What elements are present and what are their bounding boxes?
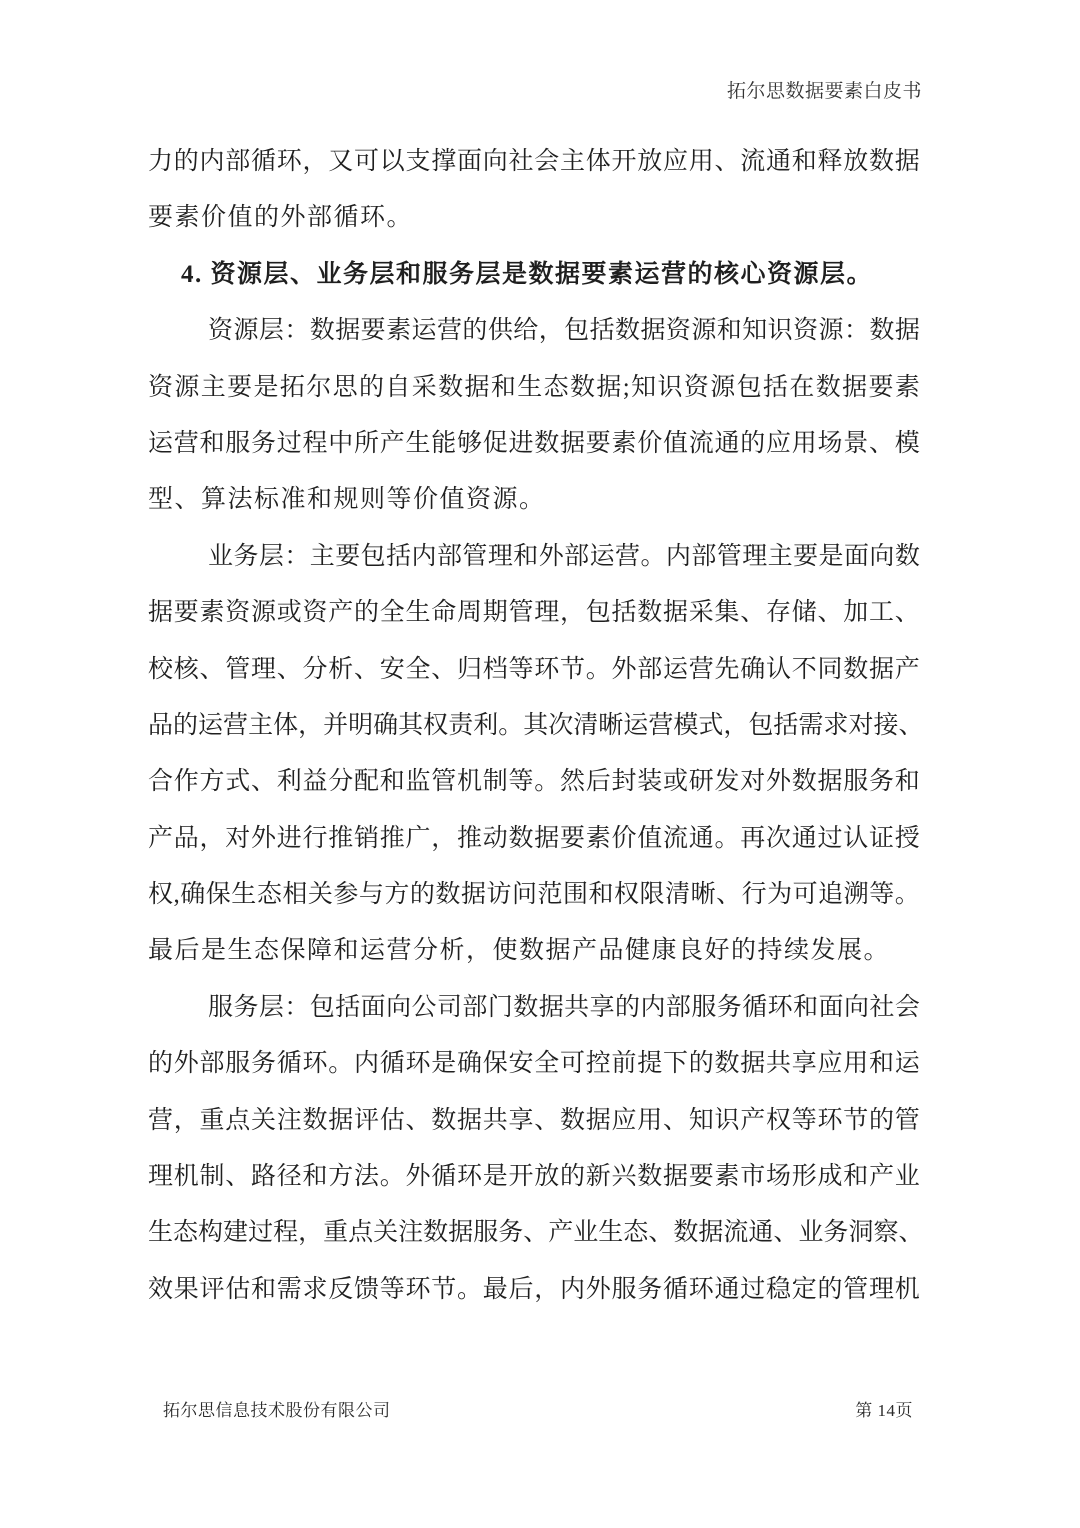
text-line: 品的运营主体，并明确其权责利。其次清晰运营模式，包括需求对接、 xyxy=(148,698,920,754)
text-line: 资源主要是拓尔思的自采数据和生态数据;知识资源包括在数据要素 xyxy=(148,360,920,416)
footer-company-name: 拓尔思信息技术股份有限公司 xyxy=(163,1396,391,1421)
text-line: 要素价值的外部循环。 xyxy=(148,190,920,246)
text-line: 据要素资源或资产的全生命周期管理，包括数据采集、存储、加工、 xyxy=(148,585,920,641)
footer-page-number: 第 14页 xyxy=(855,1396,913,1421)
text-line: 理机制、路径和方法。外循环是开放的新兴数据要素市场形成和产业 xyxy=(148,1149,920,1205)
text-line: 的外部服务循环。内循环是确保安全可控前提下的数据共享应用和运 xyxy=(148,1036,920,1092)
header-title: 拓尔思数据要素白皮书 xyxy=(727,81,922,102)
text-line: 力的内部循环，又可以支撑面向社会主体开放应用、流通和释放数据 xyxy=(148,134,920,190)
text-line: 型、算法标准和规则等价值资源。 xyxy=(148,472,920,528)
text-line: 权,确保生态相关参与方的数据访问范围和权限清晰、行为可追溯等。 xyxy=(148,867,920,923)
text-line: 运营和服务过程中所产生能够促进数据要素价值流通的应用场景、模 xyxy=(148,416,920,472)
page-footer: 拓尔思信息技术股份有限公司 第 14页 xyxy=(163,1396,913,1421)
text-line: 资源层：数据要素运营的供给，包括数据资源和知识资源：数据 xyxy=(148,303,920,359)
text-line: 服务层：包括面向公司部门数据共享的内部服务循环和面向社会 xyxy=(148,980,920,1036)
text-line: 业务层：主要包括内部管理和外部运营。内部管理主要是面向数 xyxy=(148,529,920,585)
text-line: 生态构建过程，重点关注数据服务、产业生态、数据流通、业务洞察、 xyxy=(148,1205,920,1261)
text-line: 产品，对外进行推销推广，推动数据要素价值流通。再次通过认证授 xyxy=(148,811,920,867)
text-line: 合作方式、利益分配和监管机制等。然后封装或研发对外数据服务和 xyxy=(148,754,920,810)
page-header: 拓尔思数据要素白皮书 xyxy=(727,76,922,103)
text-line: 校核、管理、分析、安全、归档等环节。外部运营先确认不同数据产 xyxy=(148,642,920,698)
text-line: 最后是生态保障和运营分析，使数据产品健康良好的持续发展。 xyxy=(148,923,920,979)
text-line: 效果评估和需求反馈等环节。最后，内外服务循环通过稳定的管理机 xyxy=(148,1262,920,1318)
heading-line: 4. 资源层、业务层和服务层是数据要素运营的核心资源层。 xyxy=(148,247,920,303)
text-line: 营，重点关注数据评估、数据共享、数据应用、知识产权等环节的管 xyxy=(148,1093,920,1149)
document-page: 拓尔思数据要素白皮书 力的内部循环，又可以支撑面向社会主体开放应用、流通和释放数… xyxy=(0,0,1080,1528)
document-body: 力的内部循环，又可以支撑面向社会主体开放应用、流通和释放数据要素价值的外部循环。… xyxy=(148,134,920,1318)
